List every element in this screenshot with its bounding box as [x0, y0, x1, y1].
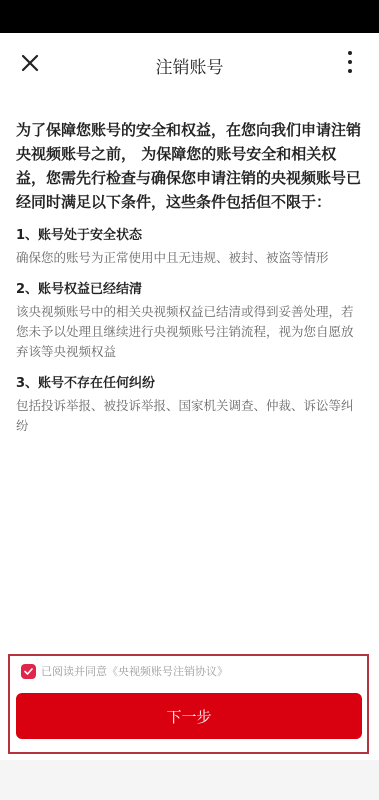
more-dot: [348, 69, 352, 73]
agree-checkbox[interactable]: [21, 664, 36, 679]
condition-item: 1、账号处于安全状态 确保您的账号为正常使用中且无违规、被封、被盗等情形: [16, 226, 365, 268]
condition-item: 2、账号权益已经结清 该央视频账号中的相关央视频权益已结清或得到妥善处理，若您未…: [16, 280, 365, 362]
condition-desc: 确保您的账号为正常使用中且无违规、被封、被盗等情形: [16, 248, 365, 268]
page-title: 注销账号: [0, 53, 379, 78]
check-icon: [23, 666, 34, 677]
intro-text: 为了保障您账号的安全和权益，在您向我们申请注销央视频账号之前， 为保障您的账号安…: [16, 118, 365, 214]
condition-desc: 该央视频账号中的相关央视频权益已结清或得到妥善处理，若您未予以处理且继续进行央视…: [16, 302, 365, 362]
condition-title: 1、账号处于安全状态: [16, 226, 365, 246]
next-step-button[interactable]: 下一步: [16, 693, 362, 739]
more-vertical-icon: [348, 51, 352, 55]
condition-title: 2、账号权益已经结清: [16, 280, 365, 300]
more-button[interactable]: [345, 51, 355, 77]
condition-title: 3、账号不存在任何纠纷: [16, 374, 365, 394]
condition-desc: 包括投诉举报、被投诉举报、国家机关调查、仲裁、诉讼等纠纷: [16, 396, 365, 436]
more-dot: [348, 60, 352, 64]
content: 为了保障您账号的安全和权益，在您向我们申请注销央视频账号之前， 为保障您的账号安…: [16, 118, 365, 436]
status-bar: [0, 0, 379, 33]
nav-bar: 注销账号: [0, 33, 379, 95]
agreement-row[interactable]: 已阅读并同意《央视频账号注销协议》: [21, 663, 228, 679]
condition-item: 3、账号不存在任何纠纷 包括投诉举报、被投诉举报、国家机关调查、仲裁、诉讼等纠纷: [16, 374, 365, 436]
agreement-link[interactable]: 已阅读并同意《央视频账号注销协议》: [41, 663, 228, 679]
